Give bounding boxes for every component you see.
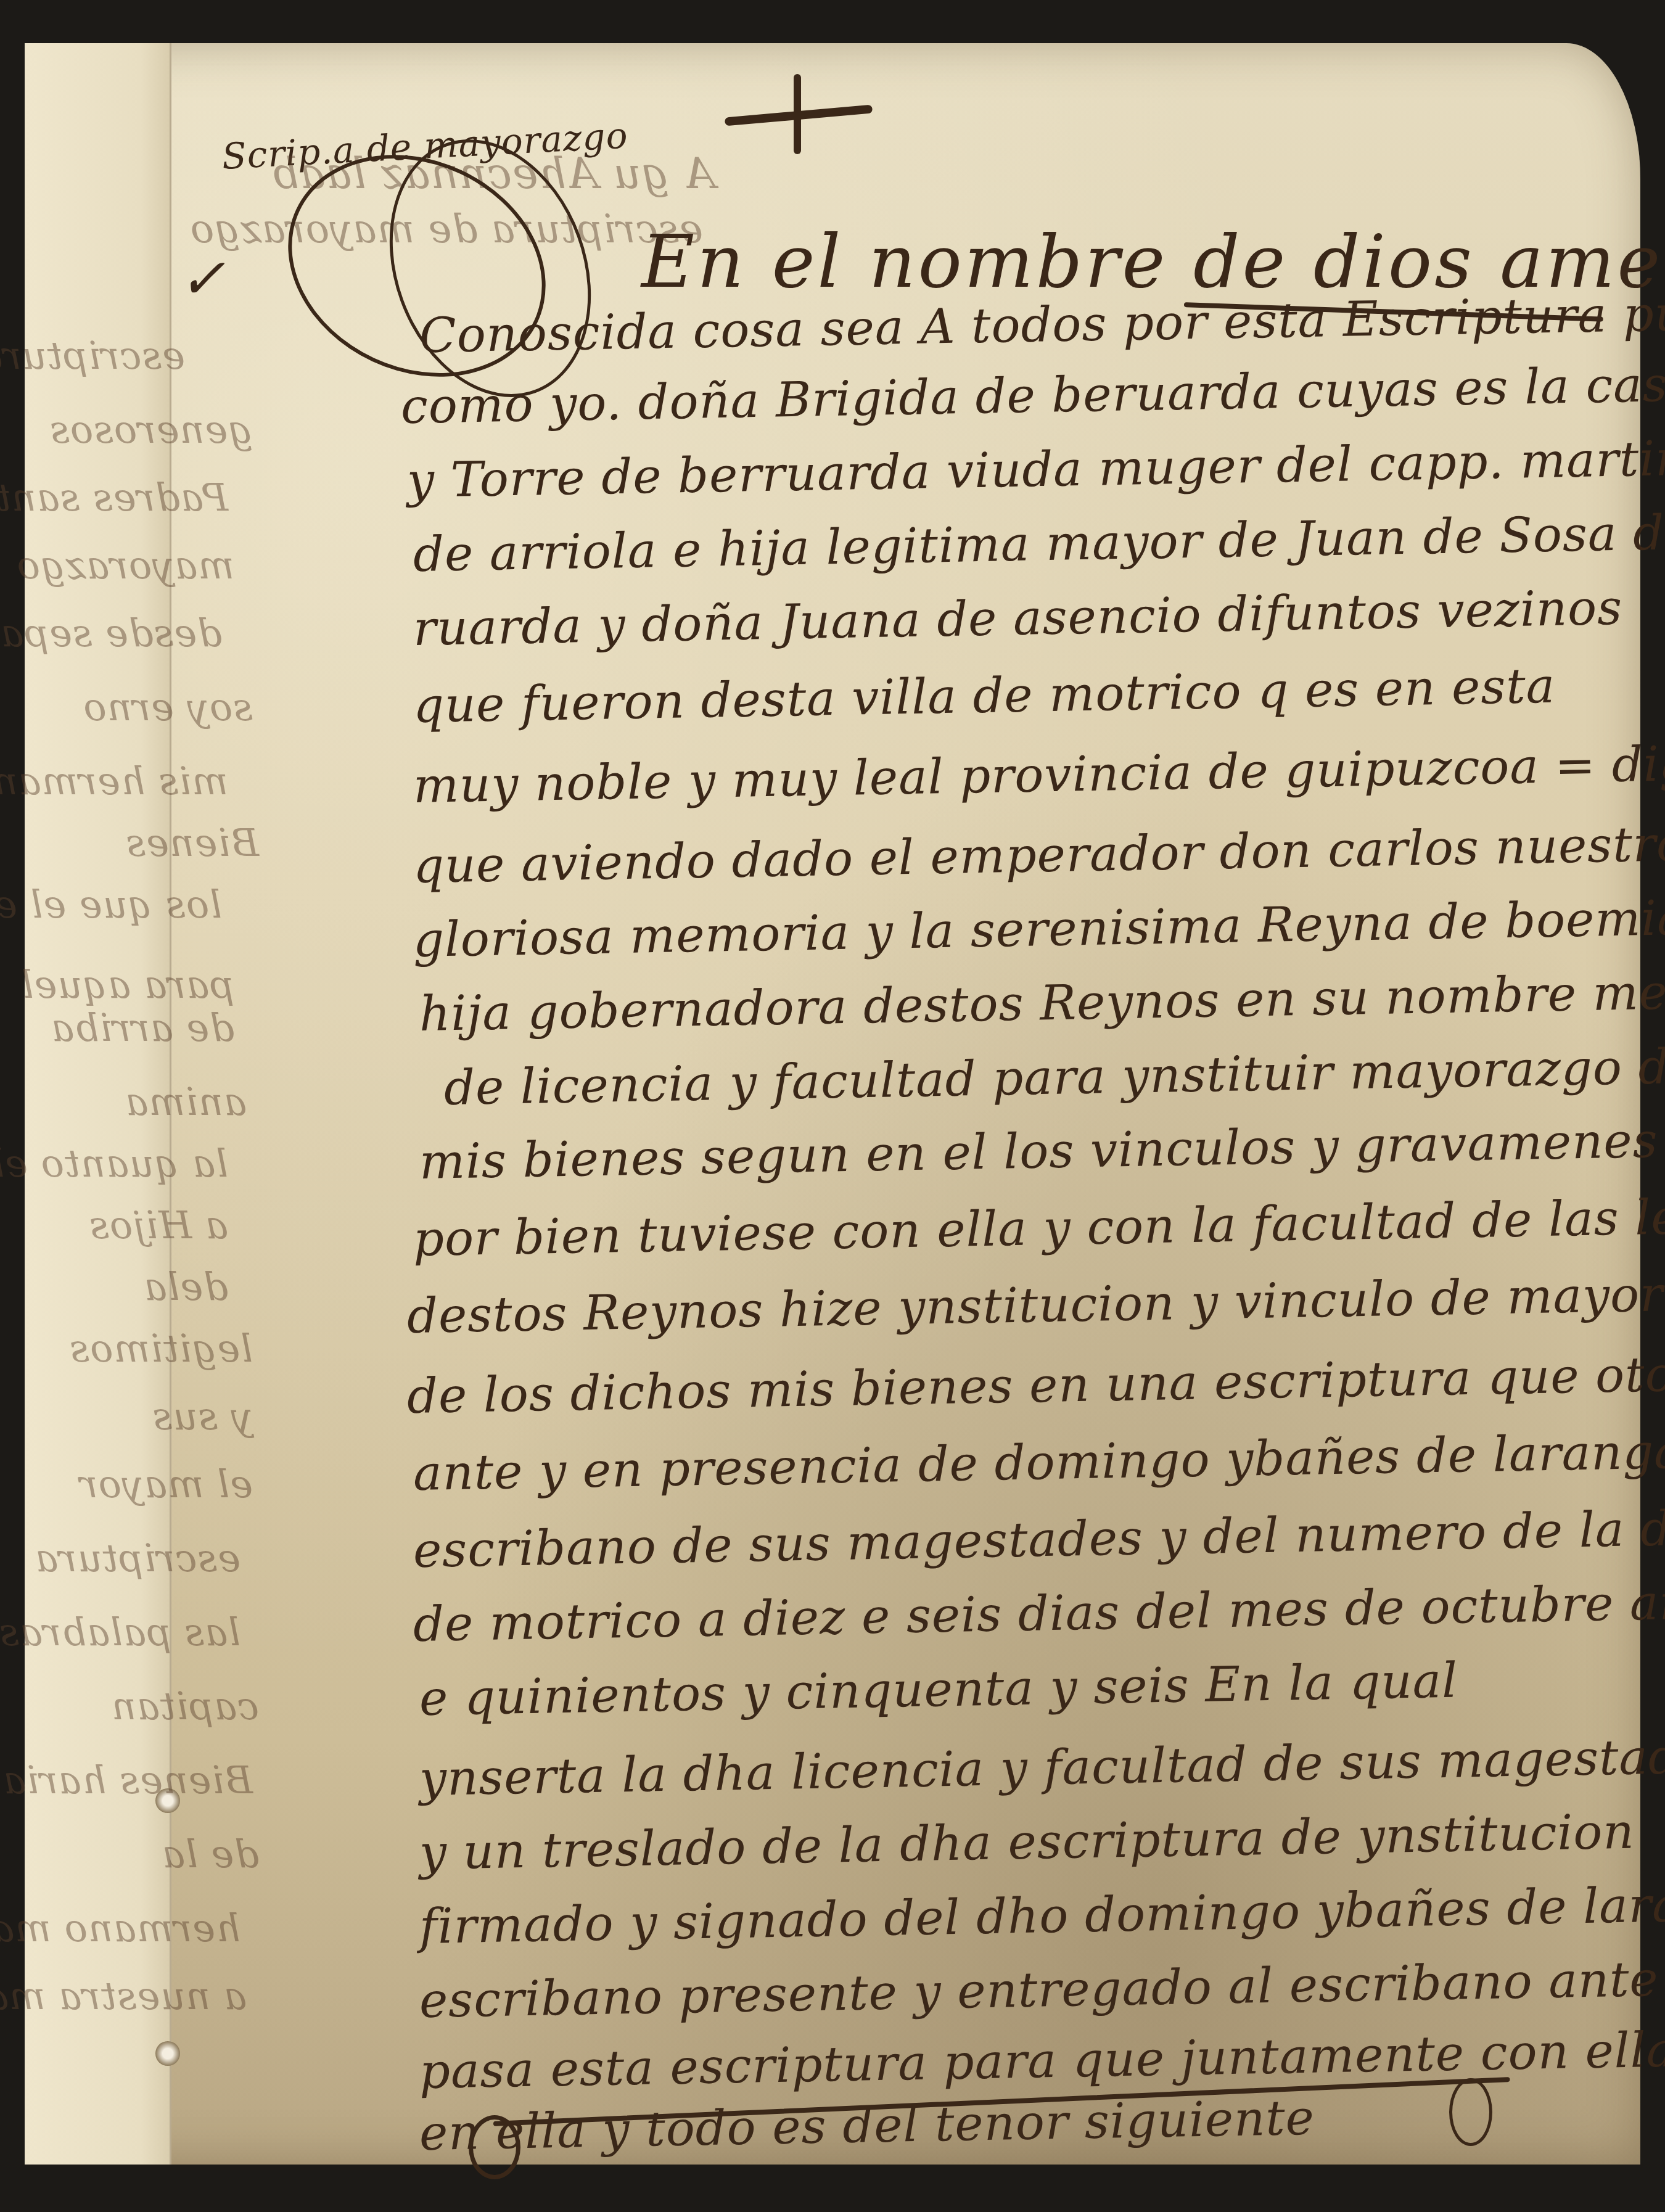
binding-stitch-hole xyxy=(155,2041,180,2066)
bleedthrough-text: mis hermanos xyxy=(0,759,228,804)
bleedthrough-text: la quanto el xyxy=(0,1141,228,1186)
bleedthrough-text: de la xyxy=(162,1832,259,1877)
signature-flourish xyxy=(1449,2078,1492,2146)
bleedthrough-text: escriptura de mayorazgo xyxy=(0,333,185,378)
text-line: e quinientos y cinquenta y seis En la qu… xyxy=(419,1653,1458,1727)
bleedthrough-text: mayorazgo xyxy=(17,543,234,588)
text-line: escribano de sus magestades y del numero… xyxy=(413,1498,1665,1579)
bleedthrough-text: Bienes haria xyxy=(2,1758,253,1803)
bleedthrough-text: legitimos xyxy=(69,1326,253,1371)
text-line: ante y en presencia de domingo ybañes de… xyxy=(413,1423,1665,1502)
text-line: y Torre de berruarda viuda muger del cap… xyxy=(406,429,1665,509)
text-line: como yo. doña Brigida de beruarda cuyas … xyxy=(400,356,1665,435)
text-line: hija gobernadora destos Reynos en su nom… xyxy=(419,963,1665,1042)
bleedthrough-text: anima xyxy=(125,1079,247,1124)
bleedthrough-text: capitan xyxy=(111,1684,259,1729)
bleedthrough-text: a nuestra mano xyxy=(0,1973,247,2018)
text-line: de licencia y facultad para ynstituir ma… xyxy=(443,1038,1665,1116)
bleedthrough-text: soy erno xyxy=(83,685,253,730)
bleedthrough-text: las palabras xyxy=(0,1610,240,1655)
bleedthrough-text: dela xyxy=(144,1264,228,1309)
bleedthrough-text: el mayor xyxy=(79,1462,253,1507)
cross-mark-icon xyxy=(725,74,873,154)
text-line: muy noble y muy leal provincia de guipuz… xyxy=(413,736,1665,814)
text-line: que aviendo dado el emperador don carlos… xyxy=(413,812,1665,894)
bleedthrough-text: los que el es casy xyxy=(0,882,222,927)
text-line: que fueron desta villa de motrico q es e… xyxy=(413,659,1556,734)
text-line: mis bienes segun en el los vinculos y gr… xyxy=(419,1111,1665,1190)
text-line: ynserta la dha licencia y facultad de su… xyxy=(419,1729,1665,1807)
text-line: por bien tuviese con ella y con la facul… xyxy=(413,1188,1665,1267)
bleedthrough-text: generosos xyxy=(49,407,253,452)
text-line: de los dichos mis bienes en una escriptu… xyxy=(406,1345,1665,1425)
manuscript-page: Scrip.a de mayorazgo A gu Ahecnnaz laab … xyxy=(25,43,1640,2165)
text-line: y un treslado de la dha escriptura de yn… xyxy=(419,1804,1635,1881)
bleedthrough-text: escriptura xyxy=(35,1536,240,1581)
text-line: firmado y signado del dho domingo ybañes… xyxy=(419,1874,1665,1955)
text-line: destos Reynos hize ynstitucion y vinculo… xyxy=(406,1265,1665,1344)
closing-flourish xyxy=(469,2115,520,2179)
text-line: gloriosa memoria y la serenisima Reyna d… xyxy=(413,889,1665,968)
bleedthrough-text: hermano mayor xyxy=(0,1906,240,1951)
bleedthrough-text: de arriba xyxy=(51,1005,234,1050)
check-mark-icon: ✓ xyxy=(179,247,226,311)
text-line: ruarda y doña Juana de asencio difuntos … xyxy=(413,580,1623,657)
text-line: de arriola e hija legitima mayor de Juan… xyxy=(413,504,1665,583)
text-line: de motrico a diez e seis dias del mes de… xyxy=(413,1571,1665,1653)
bleedthrough-text: a Hijos xyxy=(89,1203,228,1248)
text-line: en ella y todo es del tenor siguiente xyxy=(419,2091,1315,2161)
bleedthrough-text: para aquel xyxy=(21,962,234,1007)
bleedthrough-text: desde sepan emperador xyxy=(0,611,222,656)
bleedthrough-text: Bienes xyxy=(125,820,259,865)
text-line: escribano presente y entregado al escrib… xyxy=(419,1949,1665,2029)
bleedthrough-text: Padres santos xyxy=(0,475,228,520)
bleedthrough-text: y sus xyxy=(152,1394,253,1439)
